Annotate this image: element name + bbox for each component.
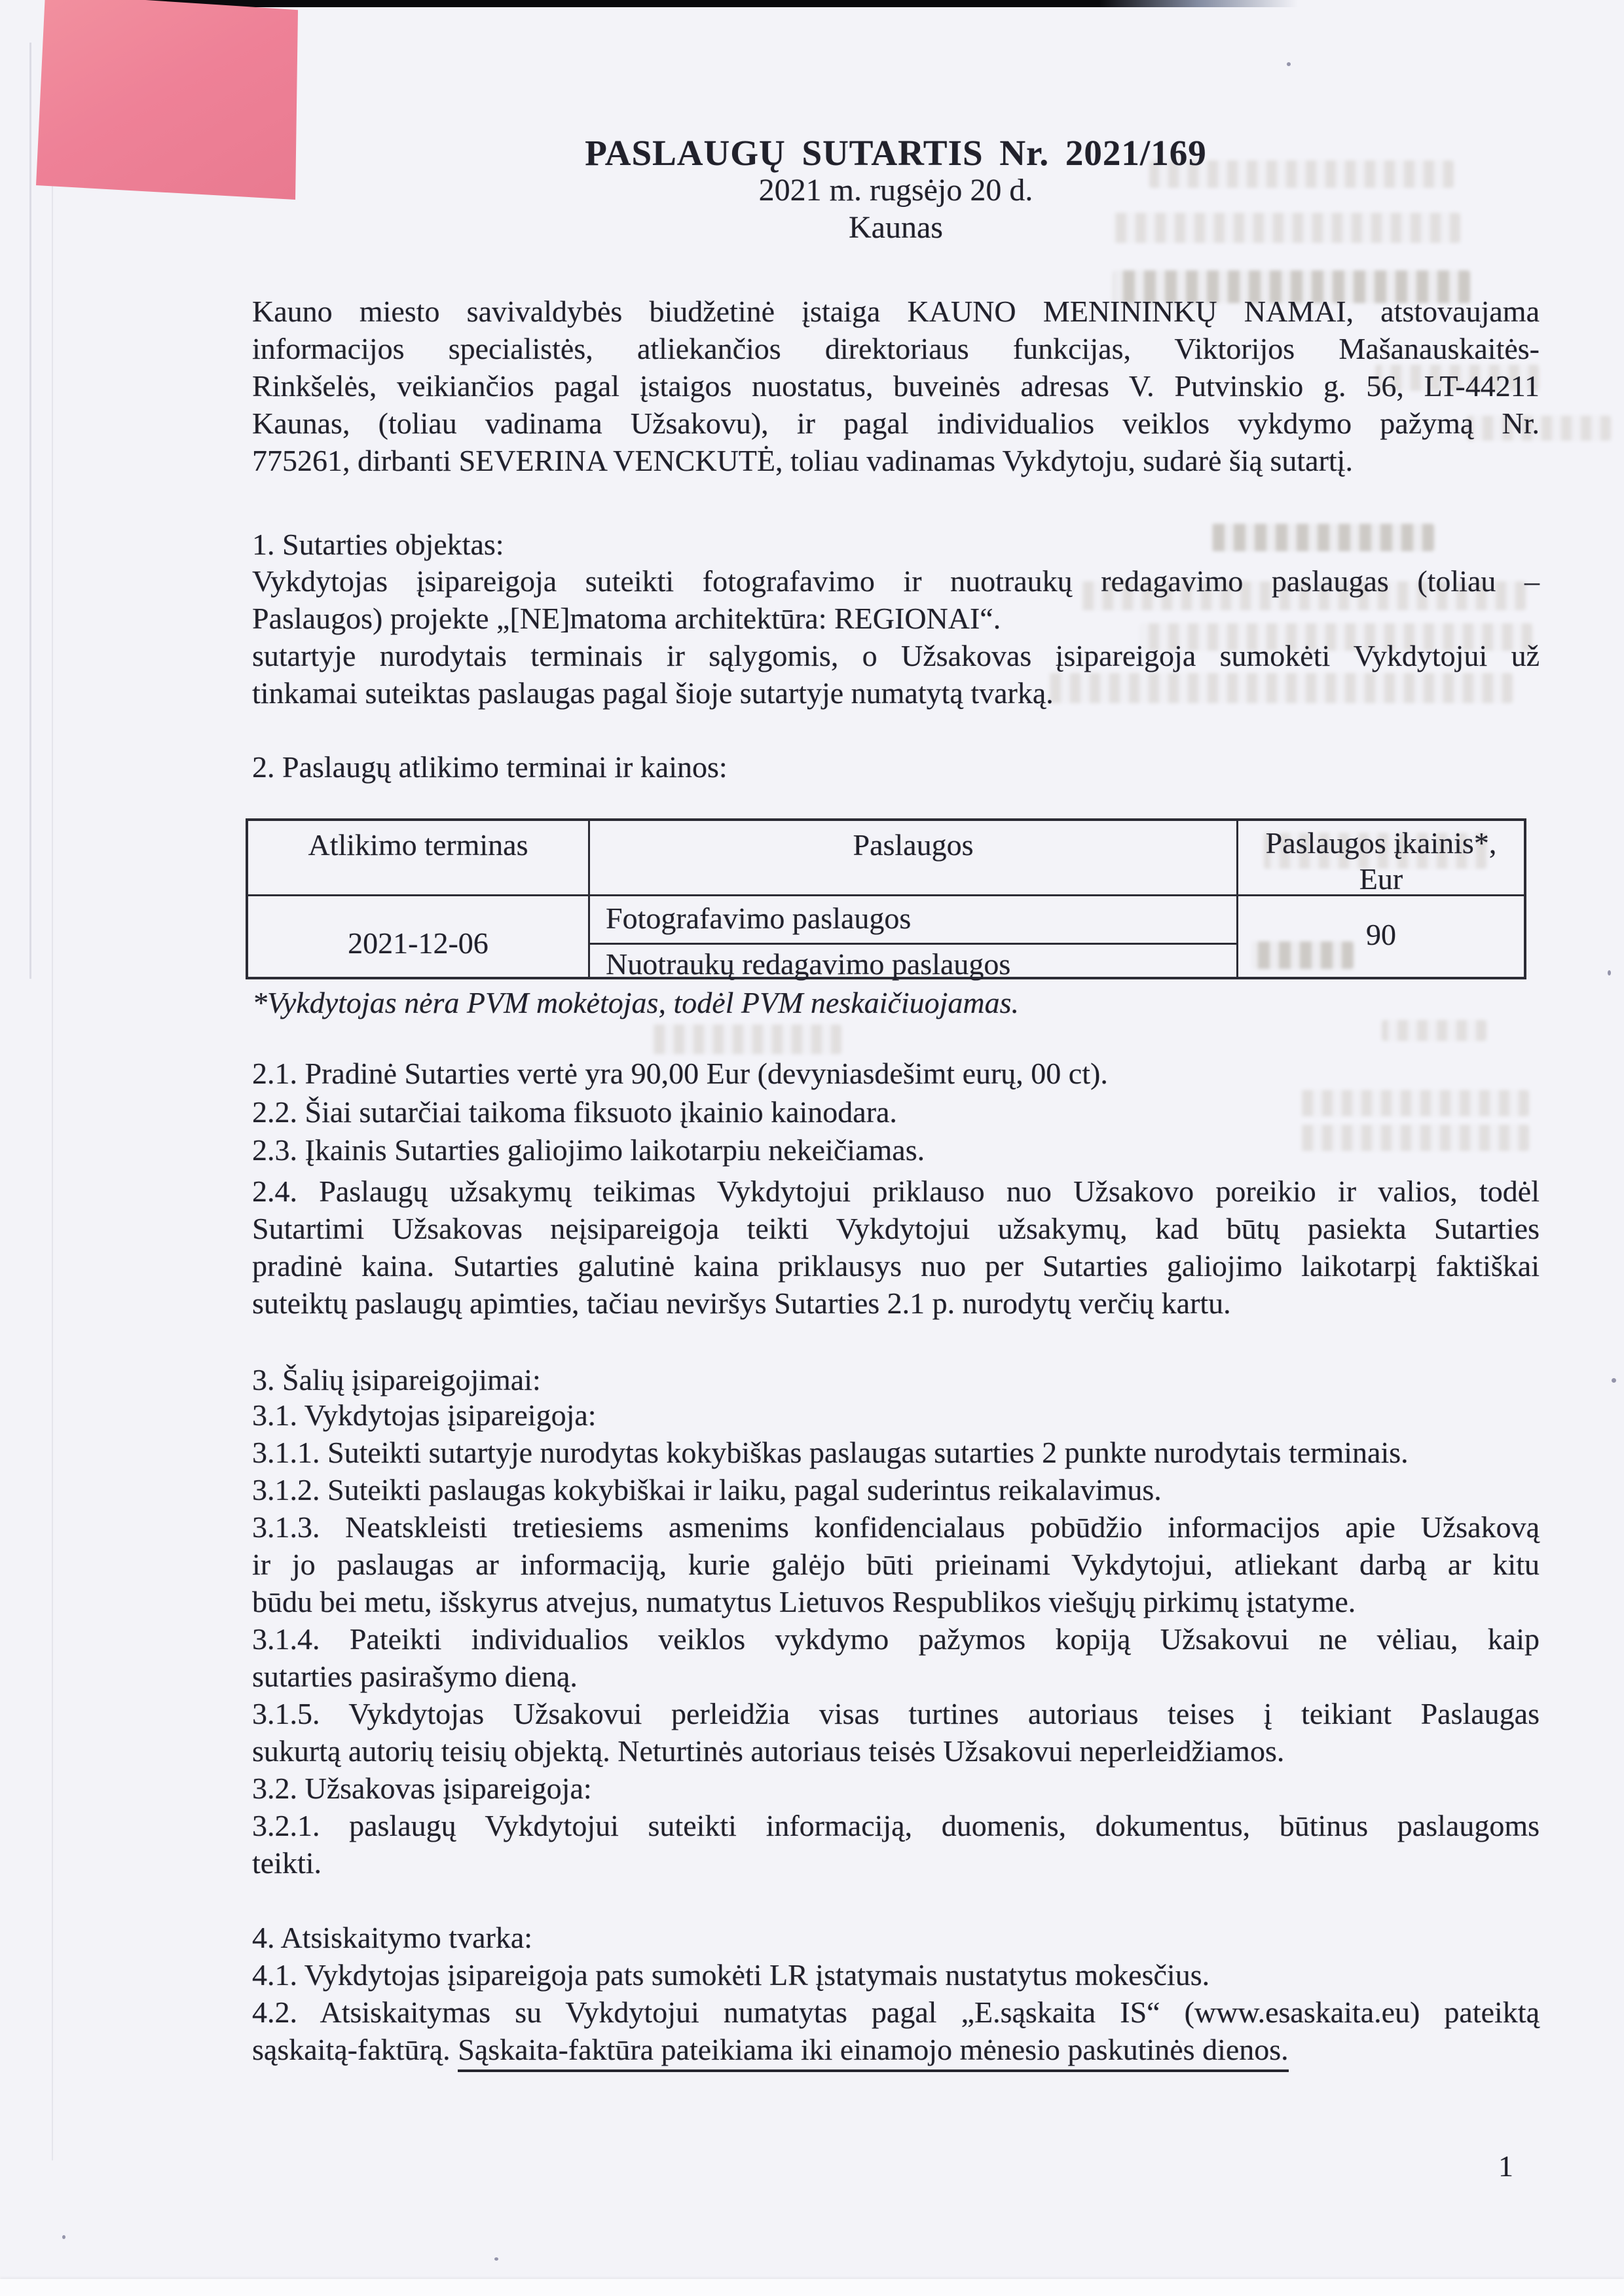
clause-3-1-1: 3.1.1. Suteikti sutartyje nurodytas koky… xyxy=(252,1434,1540,1471)
text-line: 4.2. Atsiskaitymas su Vykdytojui numatyt… xyxy=(252,1994,1540,2031)
table-header-price-line2: Eur xyxy=(1238,860,1524,898)
clause-3-2-1: 3.2.1. paslaugų Vykdytojui suteikti info… xyxy=(252,1807,1540,1882)
clause-3-1-2: 3.1.2. Suteikti paslaugas kokybiškai ir … xyxy=(252,1471,1540,1508)
clause-3-1-4: 3.1.4. Pateikti individualios veiklos vy… xyxy=(252,1620,1540,1695)
table-header-term: Atlikimo terminas xyxy=(248,826,588,864)
table-cell-price: 90 xyxy=(1238,916,1524,953)
clause-2-2: 2.2. Šiai sutarčiai taikoma fiksuoto įka… xyxy=(252,1093,1540,1131)
text-line: informacijos specialistės, atliekančios … xyxy=(252,330,1540,367)
text-line: teikti. xyxy=(252,1844,1540,1882)
text-line: 3.1.3. Neatskleisti tretiesiems asmenims… xyxy=(252,1508,1540,1546)
table-header-services: Paslaugos xyxy=(590,826,1236,864)
text-line: Paslaugos) projekte „[NE]matoma architek… xyxy=(252,600,1540,637)
text-line: Sutartimi Užsakovas neįsipareigoja teikt… xyxy=(252,1210,1540,1247)
clause-2-3: 2.3. Įkainis Sutarties galiojimo laikota… xyxy=(252,1131,1540,1169)
bleed-through-ghost xyxy=(652,1025,841,1054)
text-line: 3.2.1. paslaugų Vykdytojui suteikti info… xyxy=(252,1807,1540,1844)
clause-4-1: 4.1. Vykdytojas įsipareigoja pats sumokė… xyxy=(252,1956,1540,1994)
text-line: sutartyje nurodytais terminais ir sąlygo… xyxy=(252,637,1540,674)
clause-2-4: 2.4. Paslaugų užsakymų teikimas Vykdytoj… xyxy=(252,1173,1540,1322)
section-2-heading: 2. Paslaugų atlikimo terminai ir kainos: xyxy=(252,748,1540,786)
clause-4-2-line2: sąskaitą-faktūrą. Sąskaita-faktūra patei… xyxy=(252,2031,1540,2068)
text-line: sukurtą autorių teisių objektą. Neturtin… xyxy=(252,1732,1540,1770)
text-line: Kaunas, (toliau vadinama Užsakovu), ir p… xyxy=(252,405,1540,442)
clause-3-1-5: 3.1.5. Vykdytojas Užsakovui perleidžia v… xyxy=(252,1695,1540,1770)
text-line: Rinkšelės, veikiančios pagal įstaigos nu… xyxy=(252,367,1540,405)
clause-4-2: 4.2. Atsiskaitymas su Vykdytojui numatyt… xyxy=(252,1994,1540,2068)
text-line: 3.1.5. Vykdytojas Užsakovui perleidžia v… xyxy=(252,1695,1540,1732)
clause-3-1: 3.1. Vykdytojas įsipareigoja: xyxy=(252,1396,1540,1434)
text-line: ir jo paslaugas ar informaciją, kurie ga… xyxy=(252,1546,1540,1583)
intro-paragraph: Kauno miesto savivaldybės biudžetinė įst… xyxy=(252,293,1540,479)
ink-speckle xyxy=(62,2235,65,2239)
section-4-heading: 4. Atsiskaitymo tvarka: xyxy=(252,1919,1540,1956)
section-3-heading: 3. Šalių įsipareigojimai: xyxy=(252,1361,1540,1398)
text-line: Kauno miesto savivaldybės biudžetinė įst… xyxy=(252,293,1540,330)
vat-footnote: *Vykdytojas nėra PVM mokėtojas, todėl PV… xyxy=(252,984,1540,1021)
paper-edge-shadow xyxy=(52,131,53,2160)
contract-date: 2021 m. rugsėjo 20 d. xyxy=(252,172,1540,209)
ink-speckle xyxy=(1612,1378,1616,1383)
text-line: 3.1.4. Pateikti individualios veiklos vy… xyxy=(252,1620,1540,1658)
clause-2-1: 2.1. Pradinė Sutarties vertė yra 90,00 E… xyxy=(252,1055,1540,1092)
clause-4-2-line2-underlined: Sąskaita-faktūra pateikiama iki einamojo… xyxy=(458,2033,1288,2072)
table-row-divider xyxy=(588,943,1238,945)
text-line: 775261, dirbanti SEVERINA VENCKUTĖ, toli… xyxy=(252,442,1540,479)
scanner-edge-strip xyxy=(54,0,1298,7)
text-line: sutarties pasirašymo dieną. xyxy=(252,1658,1540,1695)
text-line: Vykdytojas įsipareigoja suteikti fotogra… xyxy=(252,562,1540,600)
price-table: Atlikimo terminas Paslaugos Paslaugos įk… xyxy=(246,818,1526,979)
clause-3-1-3: 3.1.3. Neatskleisti tretiesiems asmenims… xyxy=(252,1508,1540,1620)
section-1-heading: 1. Sutarties objektas: xyxy=(252,526,1540,563)
text-line: pradinė kaina. Sutarties galutinė kaina … xyxy=(252,1247,1540,1285)
clause-4-2-line2-plain: sąskaitą-faktūrą. xyxy=(252,2033,458,2066)
clause-3-2: 3.2. Užsakovas įsipareigoja: xyxy=(252,1770,1540,1807)
clause-4-2-line1: 4.2. Atsiskaitymas su Vykdytojui numatyt… xyxy=(252,1994,1540,2031)
text-line: 2.4. Paslaugų užsakymų teikimas Vykdytoj… xyxy=(252,1173,1540,1210)
scanned-contract-page: PASLAUGŲ SUTARTIS Nr. 2021/169 2021 m. r… xyxy=(0,0,1624,2296)
text-line: būdu bei metu, išskyrus atvejus, numatyt… xyxy=(252,1583,1540,1620)
scan-bottom-edge xyxy=(0,2279,1624,2296)
contract-title: PASLAUGŲ SUTARTIS Nr. 2021/169 xyxy=(252,133,1540,173)
table-header-price-line1: Paslaugos įkainis*, xyxy=(1238,824,1524,862)
page-number: 1 xyxy=(1498,2149,1538,2183)
ink-speckle xyxy=(1608,970,1611,975)
table-cell-service-1: Fotografavimo paslaugos xyxy=(606,900,1234,937)
ink-speckle xyxy=(494,2257,498,2261)
bleed-through-ghost xyxy=(1382,1020,1486,1041)
section-1-body: Vykdytojas įsipareigoja suteikti fotogra… xyxy=(252,562,1540,712)
pink-sticky-note xyxy=(36,0,298,200)
paper-edge-shadow xyxy=(29,43,31,979)
text-line: tinkamai suteiktas paslaugas pagal šioje… xyxy=(252,674,1540,712)
table-cell-service-2: Nuotraukų redagavimo paslaugos xyxy=(606,945,1234,983)
contract-city: Kaunas xyxy=(252,209,1540,246)
table-cell-term: 2021-12-06 xyxy=(248,924,588,962)
text-line: suteiktų paslaugų apimties, tačiau nevir… xyxy=(252,1285,1540,1322)
ink-speckle xyxy=(1287,62,1291,66)
